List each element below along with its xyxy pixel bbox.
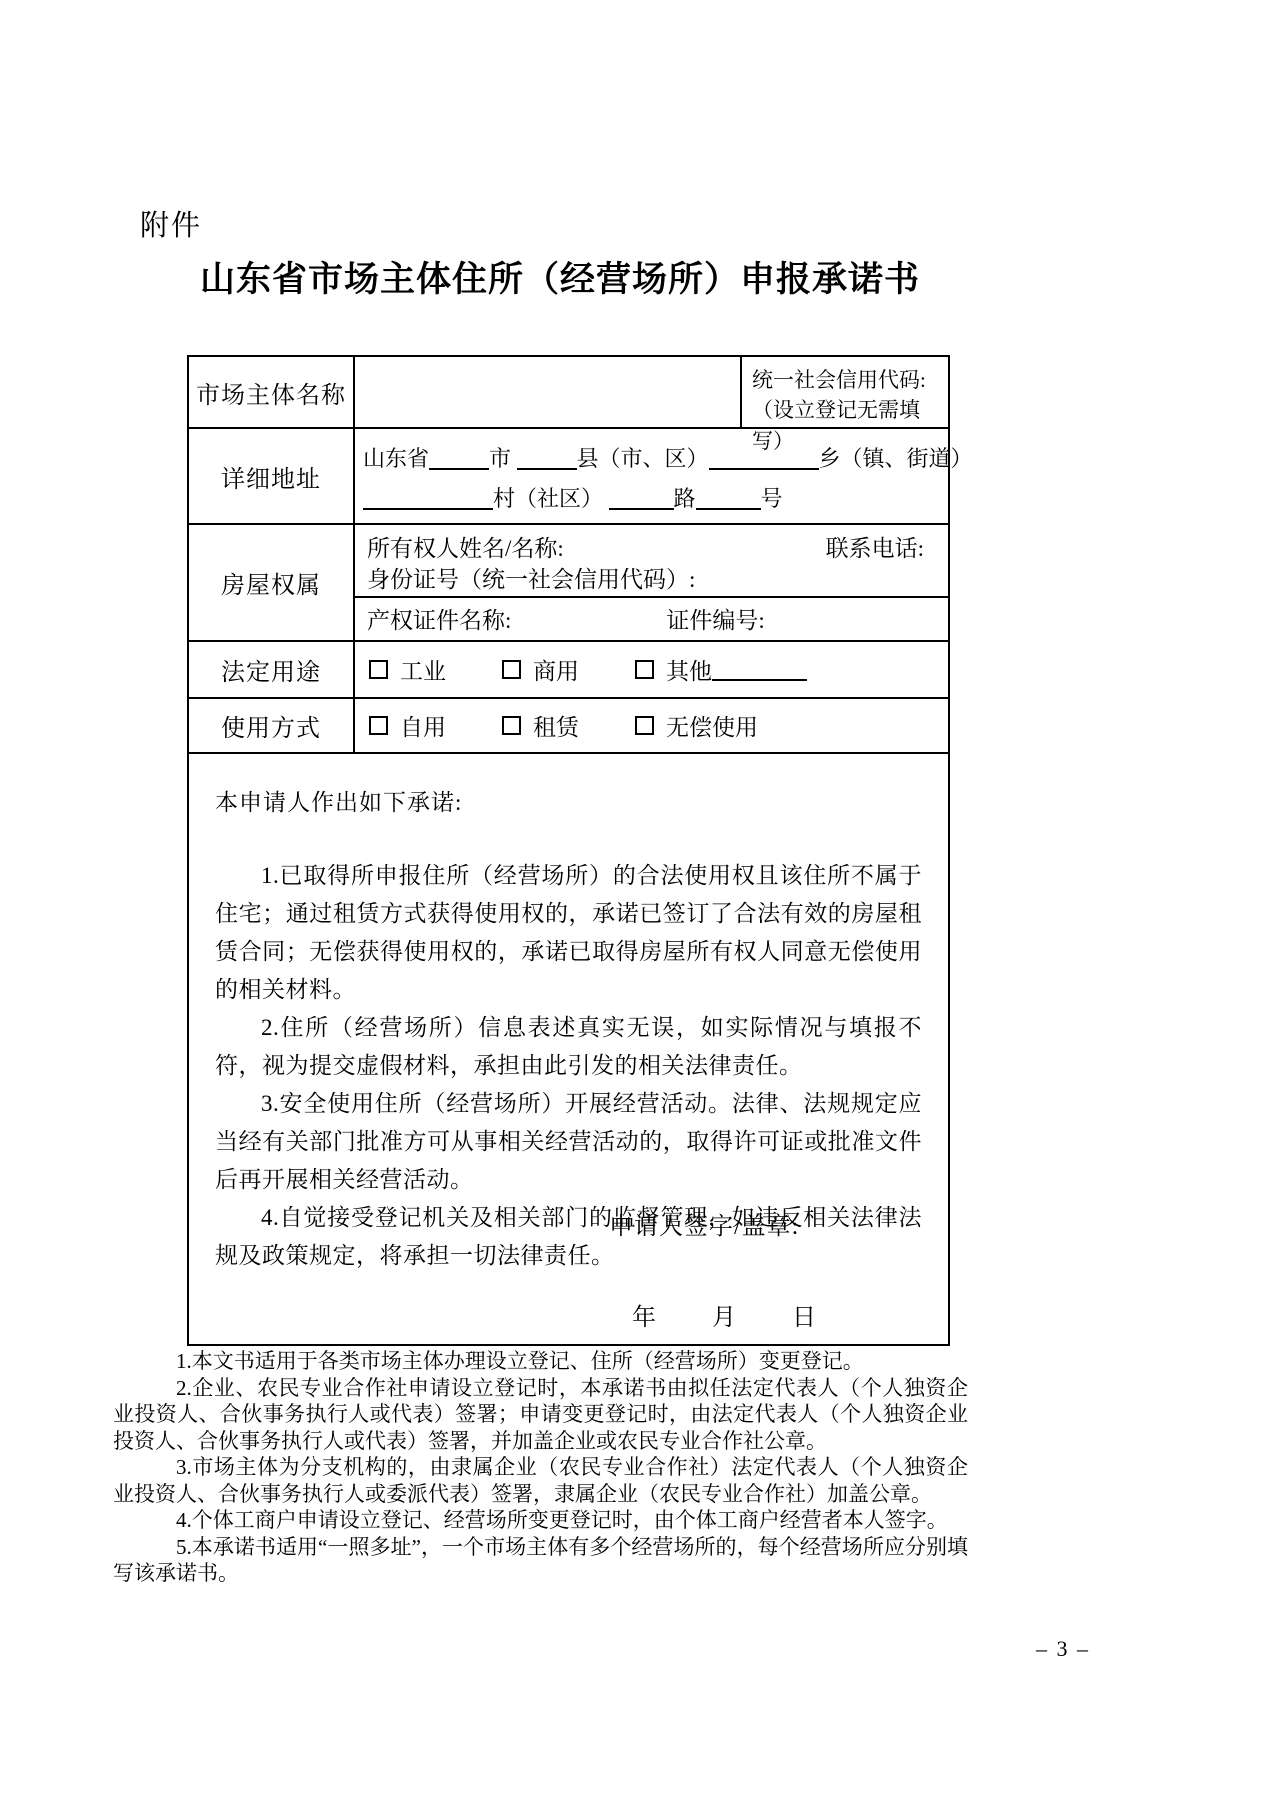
ownership-line-1: 所有权人姓名/名称: 联系电话:: [367, 533, 948, 564]
ownership-owner-subrow: 所有权人姓名/名称: 联系电话: 身份证号（统一社会信用代码）:: [355, 525, 948, 598]
option-lease-label: 租赁: [533, 709, 579, 742]
address-line-1: 山东省市 县（市、区）乡（镇、街道）: [363, 439, 948, 479]
legal-use-label: 法定用途: [189, 642, 355, 697]
row-commitment: 本申请人作出如下承诺: 1.已取得所申报住所（经营场所）的合法使用权且该住所不属…: [189, 754, 948, 1344]
row-ownership: 房屋权属 所有权人姓名/名称: 联系电话: 身份证号（统一社会信用代码）: 产权…: [189, 525, 948, 642]
credit-code-label: 统一社会信用代码:: [752, 365, 942, 395]
address-value-cell: 山东省市 县（市、区）乡（镇、街道） 村（社区） 路号: [355, 429, 948, 523]
option-industrial: 工业: [369, 653, 446, 686]
owner-name-label: 所有权人姓名/名称:: [367, 533, 564, 564]
commitment-item-3: 3.安全使用住所（经营场所）开展经营活动。法律、法规规定应当经有关部门批准方可从…: [215, 1085, 922, 1199]
checkbox-industrial[interactable]: [369, 660, 388, 679]
address-county-suffix: 县（市、区）: [577, 446, 709, 471]
address-label: 详细地址: [189, 429, 355, 523]
address-city-suffix: 市: [489, 446, 511, 471]
ownership-value-cell: 所有权人姓名/名称: 联系电话: 身份证号（统一社会信用代码）: 产权证件名称:…: [355, 525, 948, 640]
row-entity-name: 市场主体名称 统一社会信用代码: （设立登记无需填写）: [189, 357, 948, 429]
address-township-blank: [709, 446, 819, 470]
address-county-blank: [517, 446, 577, 470]
footnote-4: 4.个体工商户申请设立登记、经营场所变更登记时，由个体工商户经营者本人签字。: [113, 1507, 968, 1534]
page-title: 山东省市场主体住所（经营场所）申报承诺书: [0, 252, 1120, 302]
option-commercial: 商用: [502, 653, 579, 686]
row-usage-mode: 使用方式 自用 租赁 无偿使用: [189, 699, 948, 754]
credit-code-cell: 统一社会信用代码: （设立登记无需填写）: [742, 357, 948, 427]
option-commercial-label: 商用: [533, 653, 579, 686]
cert-number-label: 证件编号:: [666, 602, 764, 635]
footnote-1: 1.本文书适用于各类市场主体办理设立登记、住所（经营场所）变更登记。: [113, 1348, 968, 1375]
row-legal-use: 法定用途 工业 商用 其他: [189, 642, 948, 699]
document-page: 附件 山东省市场主体住所（经营场所）申报承诺书 市场主体名称 统一社会信用代码:…: [0, 0, 1280, 1810]
date-year-label: 年: [632, 1297, 656, 1332]
footnotes: 1.本文书适用于各类市场主体办理设立登记、住所（经营场所）变更登记。 2.企业、…: [113, 1348, 968, 1587]
address-road-blank: [609, 486, 674, 510]
checkbox-free-use[interactable]: [635, 716, 654, 735]
date-line: 年 月 日: [632, 1297, 872, 1332]
commitment-intro: 本申请人作出如下承诺:: [215, 784, 922, 817]
address-village-suffix: 村（社区）: [493, 486, 603, 511]
page-number: – 3 –: [1036, 1636, 1090, 1662]
option-self-use: 自用: [369, 709, 446, 742]
option-other: 其他: [635, 653, 807, 686]
declaration-form-table: 市场主体名称 统一社会信用代码: （设立登记无需填写） 详细地址 山东省市 县（…: [187, 355, 950, 1346]
address-number-blank: [696, 486, 761, 510]
address-line-2: 村（社区） 路号: [363, 479, 948, 519]
footnote-3: 3.市场主体为分支机构的，由隶属企业（农民专业合作社）法定代表人（个人独资企业投…: [113, 1454, 968, 1507]
cert-name-label: 产权证件名称:: [367, 602, 511, 635]
footnote-2: 2.企业、农民专业合作社申请设立登记时，本承诺书由拟任法定代表人（个人独资企业投…: [113, 1375, 968, 1455]
option-free-use: 无偿使用: [635, 709, 758, 742]
commitment-item-4: 4.自觉接受登记机关及相关部门的监督管理，如违反相关法律法规及政策规定，将承担一…: [215, 1199, 922, 1275]
address-village-blank: [363, 486, 493, 510]
footnote-5: 5.本承诺书适用“一照多址”，一个市场主体有多个经营场所的，每个经营场所应分别填…: [113, 1534, 968, 1587]
commitment-content: 本申请人作出如下承诺: 1.已取得所申报住所（经营场所）的合法使用权且该住所不属…: [189, 754, 948, 1275]
address-township-suffix: 乡（镇、街道）: [819, 446, 973, 471]
checkbox-commercial[interactable]: [502, 660, 521, 679]
commitment-item-1: 1.已取得所申报住所（经营场所）的合法使用权且该住所不属于住宅；通过租赁方式获得…: [215, 857, 922, 1009]
entity-name-label: 市场主体名称: [189, 357, 355, 427]
address-city-blank: [429, 446, 489, 470]
usage-mode-options: 自用 租赁 无偿使用: [355, 699, 948, 752]
address-number-suffix: 号: [761, 486, 783, 511]
id-number-label: 身份证号（统一社会信用代码）:: [367, 564, 948, 595]
entity-name-value-cell: [355, 357, 742, 427]
attachment-label: 附件: [140, 203, 202, 244]
usage-mode-label: 使用方式: [189, 699, 355, 752]
date-day-label: 日: [792, 1297, 816, 1332]
checkbox-self-use[interactable]: [369, 716, 388, 735]
option-free-use-label: 无偿使用: [666, 709, 758, 742]
option-other-label: 其他: [666, 653, 712, 686]
contact-phone-label: 联系电话:: [826, 533, 924, 564]
option-industrial-label: 工业: [400, 653, 446, 686]
checkbox-lease[interactable]: [502, 716, 521, 735]
date-month-label: 月: [712, 1297, 736, 1332]
signature-label: 申请人签字/盖章:: [609, 1206, 799, 1241]
commitment-item-2: 2.住所（经营场所）信息表述真实无误，如实际情况与填报不符，视为提交虚假材料，承…: [215, 1009, 922, 1085]
address-road-suffix: 路: [674, 486, 696, 511]
address-province: 山东省: [363, 446, 429, 471]
row-address: 详细地址 山东省市 县（市、区）乡（镇、街道） 村（社区） 路号: [189, 429, 948, 525]
option-self-use-label: 自用: [400, 709, 446, 742]
ownership-cert-subrow: 产权证件名称: 证件编号:: [355, 598, 948, 638]
option-lease: 租赁: [502, 709, 579, 742]
option-other-blank: [712, 659, 807, 681]
ownership-label: 房屋权属: [189, 525, 355, 640]
legal-use-options: 工业 商用 其他: [355, 642, 948, 697]
checkbox-other[interactable]: [635, 660, 654, 679]
